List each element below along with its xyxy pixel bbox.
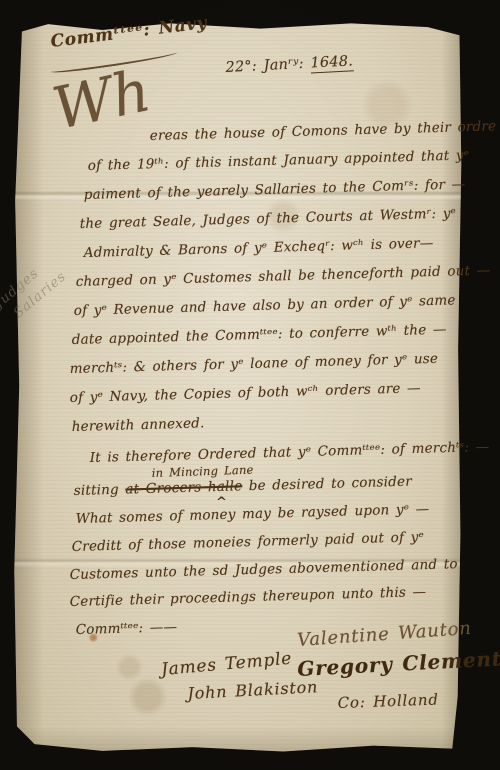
manuscript-line: herewith annexed. (72, 415, 205, 435)
inserted-text: in Mincing Lane (152, 462, 254, 480)
date-day-month: 22°: Janʳʸ: (225, 56, 304, 76)
amended-line: sitting at Grocers halle be desired to c… (74, 474, 413, 499)
signature: Co: Holland (337, 690, 439, 712)
manuscript-line: It is therefore Ordered that yᵉ Commᵗᵗᵉᵉ… (90, 439, 490, 466)
manuscript-line: Customes unto the sd Judges abovemention… (70, 556, 458, 583)
manuscript-line: the great Seale, Judges of the Courts at… (80, 205, 457, 232)
manuscript-line: paiment of the yearely Sallaries to the … (84, 176, 466, 203)
signature: Gregory Clement (297, 646, 500, 681)
manuscript-line: of the 19ᵗʰ: of this instant January app… (88, 147, 470, 174)
signature: Valentine Wauton (297, 618, 473, 651)
signature: John Blakiston (187, 677, 319, 703)
manuscript-line: date appointed the Commᵗᵗᵉᵉ: to conferre… (72, 322, 447, 348)
document-date: 22°: Janʳʸ: 1648. (225, 53, 353, 76)
photo-backdrop: Commᵗᵗᵉᵉ: Navy 22°: Janʳʸ: 1648. Judges … (0, 0, 500, 770)
margin-pencil-note: Judges Salaries (0, 251, 71, 328)
manuscript-line: ereas the house of Comons have by their … (150, 118, 497, 144)
amendment-pre: sitting (74, 482, 120, 499)
amendment-post: be desired to consider (249, 474, 413, 495)
closing-word: Commᵗᵗᵉᵉ: —— (76, 619, 178, 638)
manuscript-line: Creditt of those moneies formerly paid o… (72, 529, 425, 555)
manuscript-line: of yᵉ Navy, the Copies of both wᶜʰ order… (70, 380, 421, 406)
manuscript-line: Certifie their proceedings thereupon unt… (70, 584, 427, 610)
manuscript-line: Admiralty & Barons of yᵉ Excheqʳ: wᶜʰ is… (84, 235, 434, 261)
manuscript-content: Commᵗᵗᵉᵉ: Navy 22°: Janʳʸ: 1648. Judges … (0, 0, 500, 770)
signature: James Temple (160, 649, 293, 680)
manuscript-line: charged on yᵉ Customes shall be thencefo… (76, 262, 491, 290)
committee-heading: Commᵗᵗᵉᵉ: Navy (50, 13, 209, 52)
manuscript-line: of yᵉ Revenue and have also by an order … (74, 292, 456, 319)
manuscript-line: What somes of money may be raysed upon y… (76, 501, 430, 527)
date-year-underlined: 1648. (310, 53, 353, 73)
manuscript-line: merchᵗˢ: & others for yᵉ loane of money … (70, 351, 439, 377)
drop-cap-flourish: Wh (48, 61, 155, 138)
